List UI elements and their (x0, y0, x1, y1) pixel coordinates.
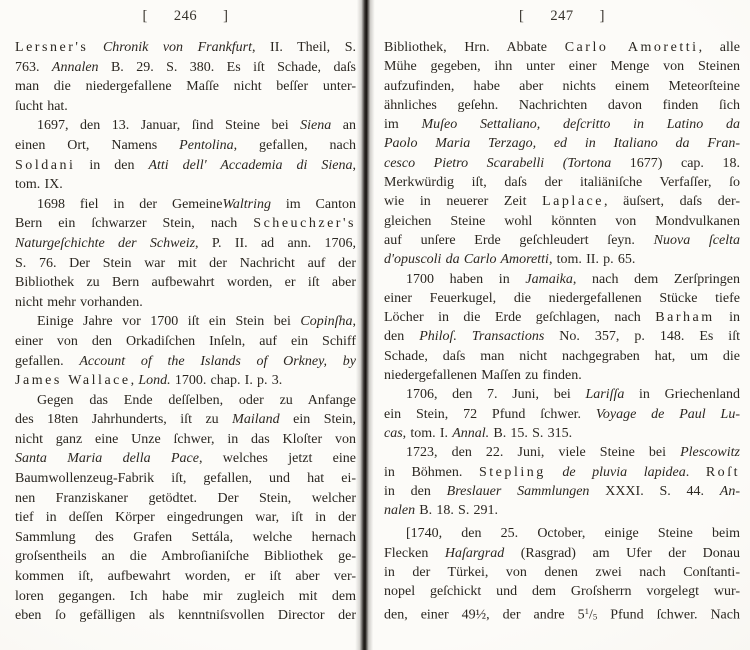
text-line: im Muſeo Settaliano, deſcritto in Latino… (384, 115, 740, 134)
text-line: 1706, den 7. Juni, bei Lariſſa in Griech… (384, 385, 740, 404)
text-line: einen Ort, Namens Pentolina, gefallen, n… (15, 136, 356, 156)
text-line: [1740, den 25. October, einige Steine be… (384, 524, 740, 543)
text-line: S. 76. Der Stein war mit der Nachricht a… (15, 254, 356, 274)
bracket-open: [ (143, 8, 148, 24)
text-line: James Wallace, Lond. 1700. chap. I. p. 3… (15, 371, 356, 391)
text-line: Paolo Maria Terzago, ed in Italiano da F… (384, 134, 740, 153)
text-line: aufzufinden, habe aber nichts einem Mete… (384, 77, 740, 96)
text-line: d'opuscoli da Carlo Amoretti, tom. II. p… (384, 250, 740, 269)
text-line: auf unſere Erde geſchleudert ſeyn. Nuova… (384, 231, 740, 250)
text-line: in Böhmen. Stepling de pluvia lapidea. R… (384, 463, 740, 482)
text-line: Mühe gegeben, ihn unter einer Menge von … (384, 57, 740, 76)
page-number: 246 (174, 8, 197, 24)
text-line: 1700 haben in Jamaika, nach dem Zerſprin… (384, 270, 740, 289)
page-text: Lersner's Chronik von Frankfurt, II. The… (15, 38, 356, 626)
text-line: Gegen das Ende deſſelben, oder zu Anfang… (15, 391, 356, 411)
text-line: Soldani in den Atti dell' Accademia di S… (15, 156, 356, 176)
text-line: ein Stein, 72 Pfund ſchwer. Voyage de Pa… (384, 405, 740, 424)
text-line: groſsentheils an die Ambroſianiſche Bibl… (15, 547, 356, 567)
page-text: Bibliothek, Hrn. Abbate Carlo Amoretti, … (384, 38, 740, 621)
text-line: einer von den Orkadiſchen Inſeln, auf ei… (15, 332, 356, 352)
text-line: nopel geſchickt und dem Groſsherrn vorge… (384, 582, 740, 601)
text-line: cesco Pietro Scarabelli (Tortona 1677) c… (384, 154, 740, 173)
bracket-open: [ (519, 8, 524, 24)
text-line: eben ſo gefälligen als kenntniſsvollen D… (15, 606, 356, 626)
text-line: Baumwollenzeug-Fabrik iſt, gefallen, und… (15, 469, 356, 489)
page-header: [247] (384, 8, 740, 25)
page-header: [246] (15, 8, 356, 25)
text-line: einer Feuerkugel, die niedergefallenen S… (384, 289, 740, 308)
text-line: des 18ten Jahrhunderts, iſt zu Mailand e… (15, 410, 356, 430)
text-line: tom. IX. (15, 175, 356, 195)
text-line: Schade, daſs man nicht nachgegraben hat,… (384, 347, 740, 366)
text-line: nicht mehr vorhanden. (15, 293, 356, 313)
page-column-left: [246] Lersner's Chronik von Frankfurt, I… (15, 38, 356, 626)
text-line: loren gegangen. Ich habe mir zugleich mi… (15, 587, 356, 607)
book-scan: [246] Lersner's Chronik von Frankfurt, I… (0, 0, 750, 650)
text-line: Bern ein ſchwarzer Stein, nach Scheuchze… (15, 214, 356, 234)
text-line: 763. Annalen B. 29. S. 380. Es iſt Schad… (15, 58, 356, 78)
text-line: niedergefallenen Maſſen zu finden. (384, 366, 740, 385)
text-line: Merkwürdig iſt, daſs der italiäniſche Ve… (384, 173, 740, 192)
text-line: tief in deſſen Körper eingedrungen war, … (15, 508, 356, 528)
text-line: wie in neuerer Zeit Laplace, äuſsert, da… (384, 192, 740, 211)
page-column-right: [247] Bibliothek, Hrn. Abbate Carlo Amor… (384, 38, 740, 621)
text-line: Einige Jahre vor 1700 iſt ein Stein bei … (15, 312, 356, 332)
text-line: gefallen. Account of the Islands of Orkn… (15, 352, 356, 372)
text-line: 1723, den 22. Juni, viele Steine bei Ple… (384, 443, 740, 462)
text-line: ſucht hat. (15, 97, 356, 117)
text-line: nen Franziskaner getödtet. Der Stein, we… (15, 489, 356, 509)
text-line: cas, tom. I. Annal. B. 15. S. 315. (384, 424, 740, 443)
text-line: nicht ganz eine Unze ſchwer, in das Kloſ… (15, 430, 356, 450)
text-line: Bibliothek zu Bern aufbewahrt worden, er… (15, 273, 356, 293)
text-line: in den Breslauer Sammlungen XXXI. S. 44.… (384, 482, 740, 501)
text-line: man die niedergefallene Maſſe nicht beſſ… (15, 77, 356, 97)
text-line: Naturgeſchichte der Schweiz, P. II. ad a… (15, 234, 356, 254)
text-line: gleichen Steine wohl könnten von Mondvul… (384, 212, 740, 231)
text-line: Santa Maria della Pace, welches jetzt ei… (15, 449, 356, 469)
text-line: Bibliothek, Hrn. Abbate Carlo Amoretti, … (384, 38, 740, 57)
text-line: nalen B. 18. S. 291. (384, 501, 740, 520)
text-line: Sammlung des Grafen Settála, welche hern… (15, 528, 356, 548)
bracket-close: ] (223, 8, 228, 24)
text-line: ähnliches geſehn. Nachrichten davon find… (384, 96, 740, 115)
text-line: den Philoſ. Transactions No. 357, p. 148… (384, 327, 740, 346)
page-number: 247 (550, 8, 573, 24)
text-line: Löcher in die Erde geſchlagen, nach Barh… (384, 308, 740, 327)
text-line: Flecken Haſargrad (Rasgrad) am Ufer der … (384, 544, 740, 563)
bracket-close: ] (600, 8, 605, 24)
text-line: Lersner's Chronik von Frankfurt, II. The… (15, 38, 356, 58)
text-line: 1697, den 13. Januar, ſind Steine bei Si… (15, 116, 356, 136)
text-line: den, einer 49½, der andre 51/5 Pfund ſch… (384, 602, 740, 621)
gutter-shadow (355, 0, 375, 650)
text-line: in der Türkei, von denen zwei nach Conſt… (384, 563, 740, 582)
text-line: 1698 fiel in der GemeineWaltring im Cant… (15, 195, 356, 215)
text-line: kommen iſt, aufbewahrt worden, er iſt ab… (15, 567, 356, 587)
